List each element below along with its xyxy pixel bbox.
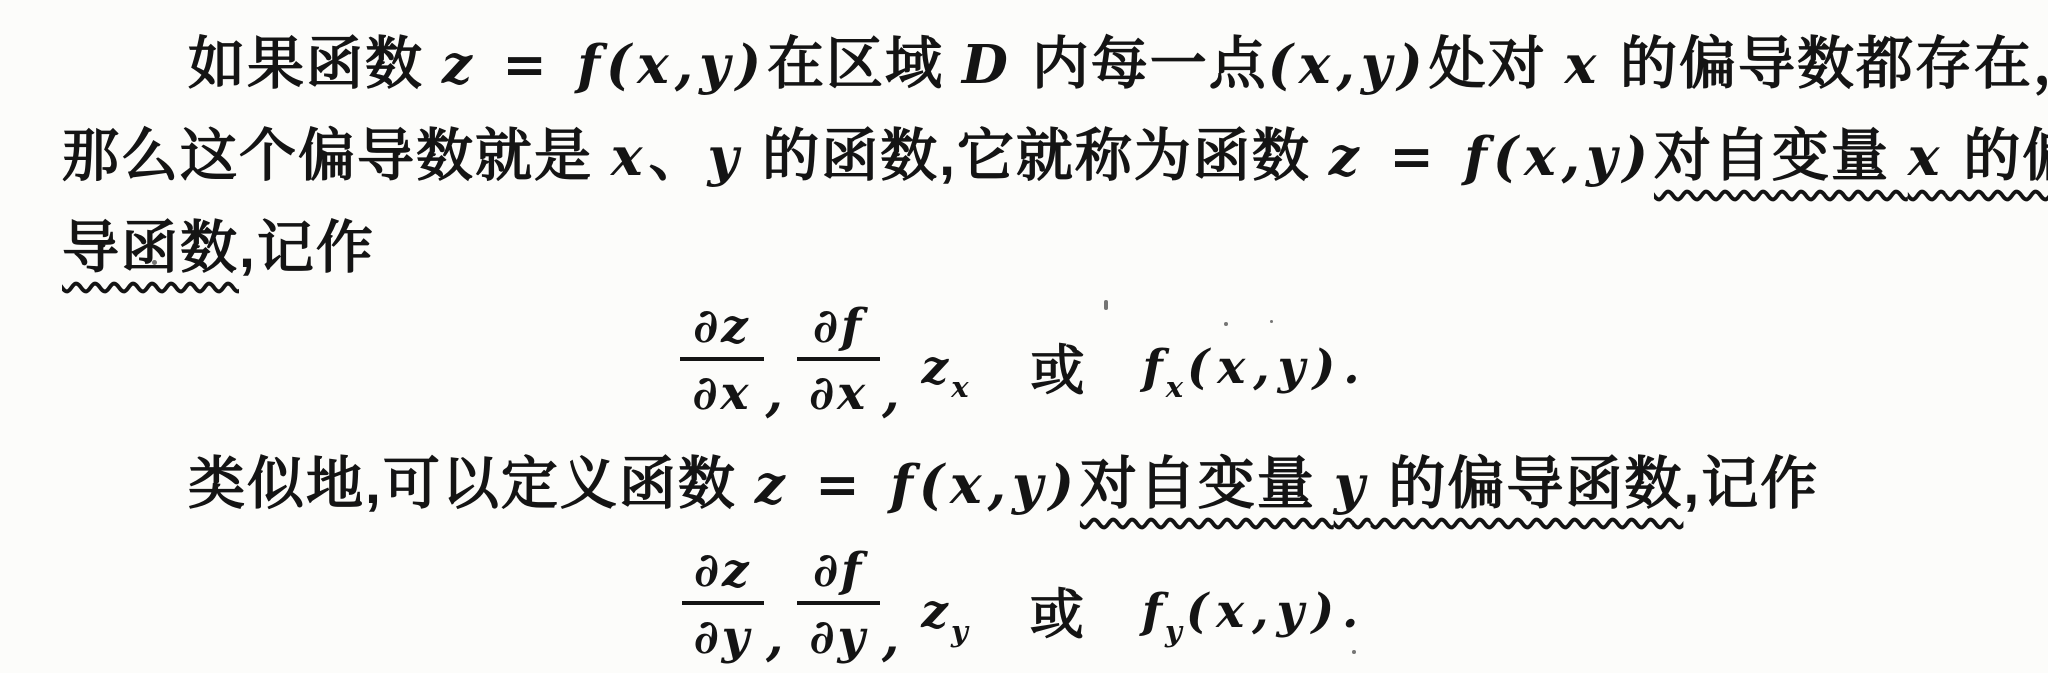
text-run: 那么这个偏导数就是 bbox=[62, 124, 611, 188]
variable-base: f bbox=[1143, 340, 1163, 395]
text-run: 类似地,可以定义函数 bbox=[188, 452, 755, 516]
textbook-page: 如果函数 z = f(x,y)在区域 D 内每一点(x,y)处对 x 的偏导数都… bbox=[0, 0, 2048, 673]
math-run-point-xy: (x,y) bbox=[1268, 34, 1429, 96]
fraction-numerator: ∂z bbox=[682, 546, 764, 601]
fraction-numerator: ∂f bbox=[801, 546, 876, 601]
formula-comma: , bbox=[766, 363, 783, 422]
paragraph1-line3: 导函数,记作 bbox=[62, 202, 375, 284]
text-run: 如果函数 bbox=[188, 32, 442, 96]
text-run: ,记作 bbox=[239, 216, 375, 280]
variable-subscript: x bbox=[951, 370, 968, 404]
fraction-dz-dx: ∂z ∂x bbox=[680, 302, 763, 419]
math-run-domain-D: D bbox=[962, 34, 1014, 96]
math-run-x: x bbox=[1565, 34, 1603, 96]
formula-partial-x: ∂z ∂x , ∂f ∂x , zx 或 fx(x,y). bbox=[0, 290, 2048, 430]
text-run: 对自变量 bbox=[1080, 452, 1334, 516]
math-run-y: y bbox=[707, 126, 744, 188]
text-run: 在区域 bbox=[767, 32, 962, 96]
fraction-df-dx: ∂f ∂x bbox=[797, 302, 880, 419]
formula-comma: , bbox=[766, 607, 783, 666]
fraction-denominator: ∂y bbox=[682, 601, 764, 662]
function-notation-fx: fx(x,y). bbox=[1143, 340, 1368, 404]
math-run-z-equals-f: z = f(x,y) bbox=[1329, 126, 1654, 188]
scan-speck bbox=[152, 260, 157, 265]
scan-speck bbox=[1224, 322, 1228, 326]
scan-speck bbox=[1270, 320, 1273, 323]
variable-base: z bbox=[921, 584, 948, 639]
text-run: 内每一点 bbox=[1014, 32, 1268, 96]
function-arguments: (x,y). bbox=[1186, 584, 1367, 639]
subscripted-variable-zx: zx bbox=[922, 340, 969, 404]
variable-subscript: x bbox=[1166, 370, 1183, 404]
fraction-dz-dy: ∂z ∂y bbox=[682, 546, 764, 663]
function-arguments: (x,y). bbox=[1187, 340, 1368, 395]
variable-base: f bbox=[1142, 584, 1162, 639]
scan-speck bbox=[1104, 300, 1108, 310]
text-run: 的偏 bbox=[1945, 124, 2048, 188]
fraction-df-dy: ∂f ∂y bbox=[797, 546, 879, 663]
fraction-denominator: ∂x bbox=[797, 357, 880, 418]
fraction-denominator: ∂x bbox=[680, 357, 763, 418]
math-run-y: y bbox=[1334, 454, 1371, 516]
formula-comma: , bbox=[882, 363, 899, 422]
fraction-numerator: ∂z bbox=[681, 302, 763, 357]
paragraph1-line2: 那么这个偏导数就是 x、y 的函数,它就称为函数 z = f(x,y)对自变量 … bbox=[62, 110, 2048, 192]
text-run: ,记作 bbox=[1683, 452, 1819, 516]
math-run-z-equals-f: z = f(x,y) bbox=[755, 454, 1080, 516]
or-word: 或 bbox=[1030, 572, 1084, 649]
formula-partial-y: ∂z ∂y , ∂f ∂y , zy 或 fy(x,y). bbox=[0, 534, 2048, 673]
variable-subscript: y bbox=[1165, 614, 1182, 648]
scan-speck bbox=[1352, 650, 1356, 654]
wavy-underline-term: 导函数 bbox=[62, 216, 239, 280]
fraction-denominator: ∂y bbox=[797, 601, 879, 662]
wavy-underline-term: 对自变量 x 的偏 bbox=[1654, 124, 2048, 188]
variable-subscript: y bbox=[951, 614, 968, 648]
text-run: 对自变量 bbox=[1654, 124, 1908, 188]
text-run: 的偏导数都存在， bbox=[1602, 32, 2048, 96]
formula-comma: , bbox=[882, 607, 899, 666]
or-word: 或 bbox=[1031, 328, 1085, 405]
function-notation-fy: fy(x,y). bbox=[1142, 584, 1367, 648]
paragraph1-line1: 如果函数 z = f(x,y)在区域 D 内每一点(x,y)处对 x 的偏导数都… bbox=[188, 18, 2048, 100]
math-run-x: x bbox=[1908, 126, 1946, 188]
text-run: 的偏导函数 bbox=[1371, 452, 1684, 516]
subscripted-variable-zy: zy bbox=[921, 584, 968, 648]
math-run-z-equals-f: z = f(x,y) bbox=[442, 34, 767, 96]
paragraph2-line1: 类似地,可以定义函数 z = f(x,y)对自变量 y 的偏导函数,记作 bbox=[188, 438, 1819, 520]
variable-base: z bbox=[922, 340, 949, 395]
text-run: 的函数,它就称为函数 bbox=[744, 124, 1329, 188]
math-run-x: x bbox=[611, 126, 649, 188]
text-run: 处对 bbox=[1429, 32, 1565, 96]
wavy-underline-term: 对自变量 y 的偏导函数 bbox=[1080, 452, 1683, 516]
fraction-numerator: ∂f bbox=[801, 302, 876, 357]
text-run: 、 bbox=[648, 124, 707, 188]
